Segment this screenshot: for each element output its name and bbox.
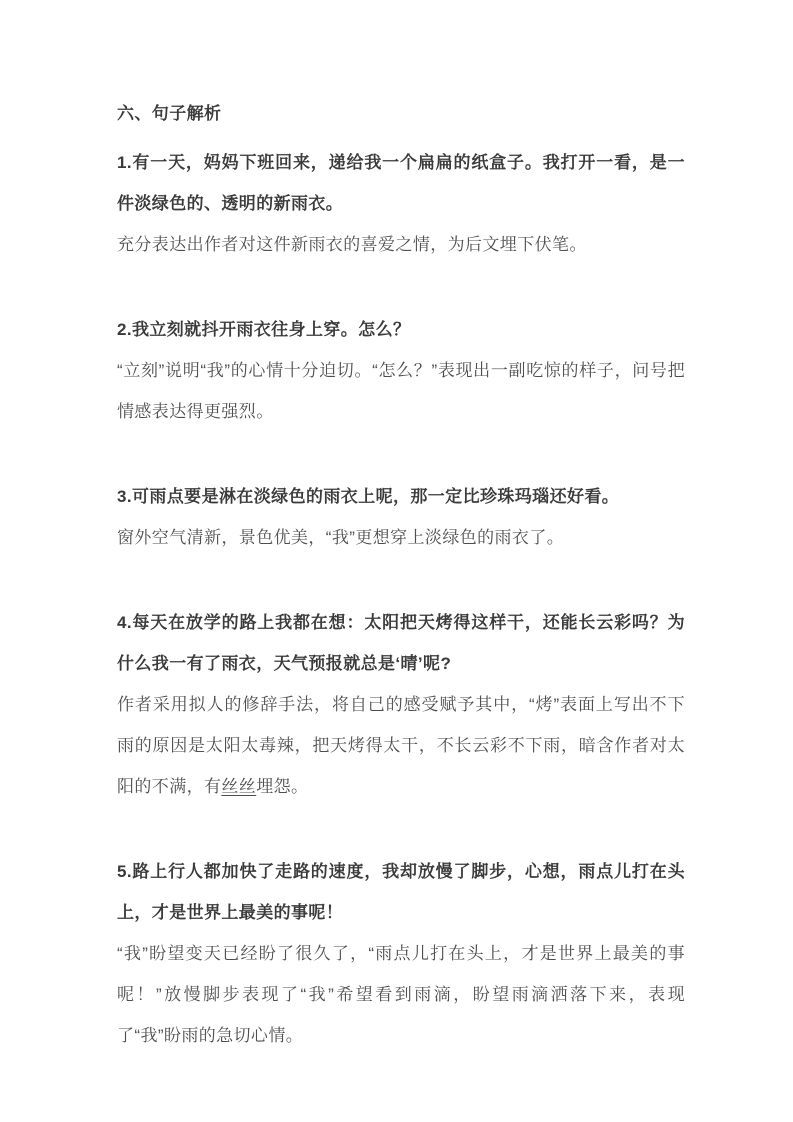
analysis-run: 窗外空气清新，景色优美，“我”更想穿上淡绿色的雨衣了。 [117,528,564,547]
document-page: 六、句子解析 1.有一天，妈妈下班回来，递给我一个扁扁的纸盒子。我打开一看，是一… [0,0,793,1122]
analysis-run: 作者采用拟人的修辞手法，将自己的感受赋予其中，“烤”表面上写出不下雨的原因是太阳… [117,695,685,796]
sentence-text: 5.路上行人都加快了走路的速度，我却放慢了脚步，心想，雨点儿打在头上，才是世界上… [117,851,685,933]
analysis-text: “我”盼望变天已经盼了很久了，“雨点儿打在头上，才是世界上最美的事呢！”放慢脚步… [117,933,685,1056]
sentence-item: 1.有一天，妈妈下班回来，递给我一个扁扁的纸盒子。我打开一看，是一件淡绿色的、透… [117,142,685,265]
sentence-item: 4.每天在放学的路上我都在想：太阳把天烤得这样干，还能长云彩吗？为什么我一有了雨… [117,602,685,807]
analysis-run: “立刻”说明“我”的心情十分迫切。“怎么？”表现出一副吃惊的样子，问号把情感表达… [117,361,685,421]
analysis-text: 窗外空气清新，景色优美，“我”更想穿上淡绿色的雨衣了。 [117,517,685,558]
sentence-item: 5.路上行人都加快了走路的速度，我却放慢了脚步，心想，雨点儿打在头上，才是世界上… [117,851,685,1056]
sentence-text: 4.每天在放学的路上我都在想：太阳把天烤得这样干，还能长云彩吗？为什么我一有了雨… [117,602,685,684]
sentence-text: 1.有一天，妈妈下班回来，递给我一个扁扁的纸盒子。我打开一看，是一件淡绿色的、透… [117,142,685,224]
section-title: 六、句子解析 [117,93,685,134]
analysis-run: 充分表达出作者对这件新雨衣的喜爱之情，为后文埋下伏笔。 [117,235,587,254]
underlined-phrase: 丝丝 [221,777,256,796]
analysis-run: “我”盼望变天已经盼了很久了，“雨点儿打在头上，才是世界上最美的事呢！”放慢脚步… [117,944,685,1045]
analysis-run: 埋怨。 [256,777,308,796]
sentence-text: 2.我立刻就抖开雨衣往身上穿。怎么？ [117,309,685,350]
sentence-text: 3.可雨点要是淋在淡绿色的雨衣上呢，那一定比珍珠玛瑙还好看。 [117,476,685,517]
document-content: 六、句子解析 1.有一天，妈妈下班回来，递给我一个扁扁的纸盒子。我打开一看，是一… [0,0,793,1056]
analysis-text: 充分表达出作者对这件新雨衣的喜爱之情，为后文埋下伏笔。 [117,224,685,265]
analysis-text: 作者采用拟人的修辞手法，将自己的感受赋予其中，“烤”表面上写出不下雨的原因是太阳… [117,684,685,807]
sentence-analysis-list: 1.有一天，妈妈下班回来，递给我一个扁扁的纸盒子。我打开一看，是一件淡绿色的、透… [117,142,685,1056]
analysis-text: “立刻”说明“我”的心情十分迫切。“怎么？”表现出一副吃惊的样子，问号把情感表达… [117,350,685,432]
sentence-item: 3.可雨点要是淋在淡绿色的雨衣上呢，那一定比珍珠玛瑙还好看。 窗外空气清新，景色… [117,476,685,558]
sentence-item: 2.我立刻就抖开雨衣往身上穿。怎么？ “立刻”说明“我”的心情十分迫切。“怎么？… [117,309,685,432]
